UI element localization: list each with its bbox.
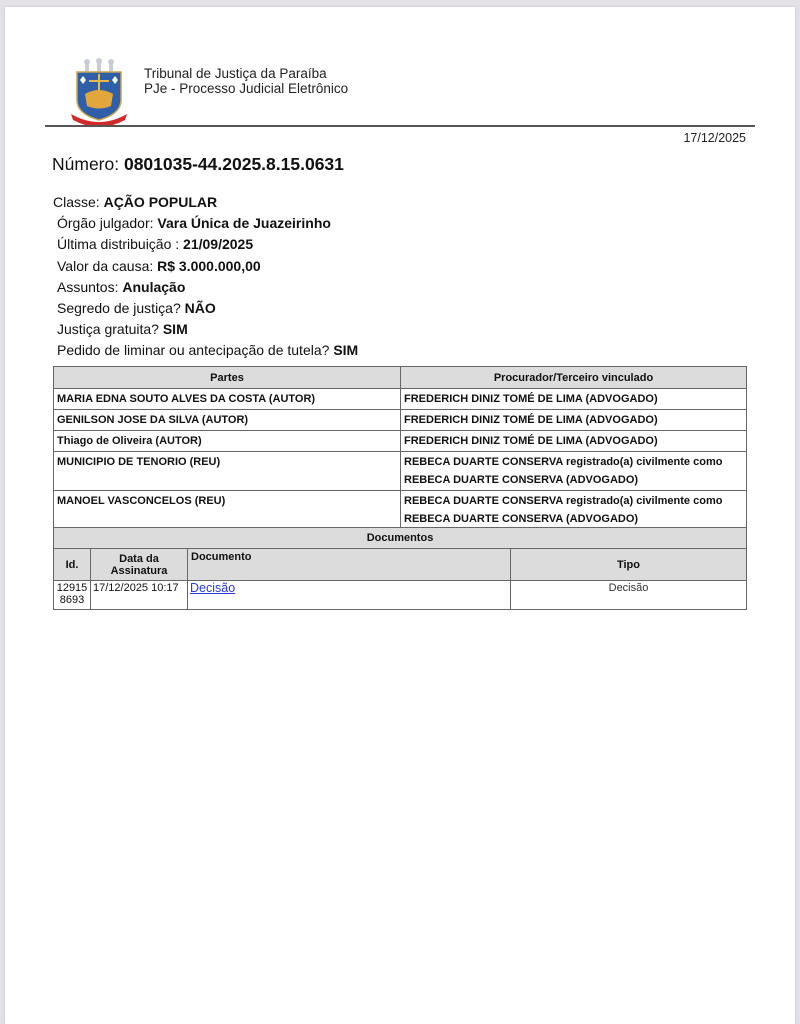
field-assuntos: Assuntos: Anulação	[57, 277, 358, 298]
process-fields: Classe: AÇÃO POPULAR Órgão julgador: Var…	[54, 192, 358, 362]
field-valor-causa: Valor da causa: R$ 3.000.000,00	[57, 256, 358, 277]
field-orgao-julgador: Órgão julgador: Vara Única de Juazeirinh…	[57, 213, 358, 234]
doc-documento: Decisão	[188, 581, 511, 610]
doc-id: 129158693	[54, 581, 91, 610]
court-name: Tribunal de Justiça da Paraíba	[144, 66, 348, 81]
process-number-value: 0801035-44.2025.8.15.0631	[124, 154, 344, 174]
table-row: Thiago de Oliveira (AUTOR)FREDERICH DINI…	[54, 431, 747, 452]
id-header: Id.	[54, 549, 91, 581]
procurador-header: Procurador/Terceiro vinculado	[401, 367, 747, 389]
partes-table: Partes Procurador/Terceiro vinculado MAR…	[53, 366, 747, 530]
field-segredo-justica: Segredo de justiça? NÃO	[57, 298, 358, 319]
system-name: PJe - Processo Judicial Eletrônico	[144, 81, 348, 96]
partes-header: Partes	[54, 367, 401, 389]
doc-data-assinatura: 17/12/2025 10:17	[91, 581, 188, 610]
process-number: Número: 0801035-44.2025.8.15.0631	[52, 154, 344, 175]
field-justica-gratuita: Justiça gratuita? SIM	[57, 319, 358, 340]
tipo-header: Tipo	[511, 549, 747, 581]
table-row: MUNICIPIO DE TENORIO (REU)REBECA DUARTE …	[54, 452, 747, 491]
header-divider	[45, 125, 755, 127]
table-row: MARIA EDNA SOUTO ALVES DA COSTA (AUTOR)F…	[54, 389, 747, 410]
field-classe: Classe: AÇÃO POPULAR	[53, 192, 358, 213]
decisao-document-link[interactable]: Decisão	[190, 581, 235, 595]
documentos-table: Documentos Id. Data da Assinatura Docume…	[53, 527, 747, 610]
doc-tipo: Decisão	[511, 581, 747, 610]
print-date: 17/12/2025	[683, 131, 746, 145]
court-coat-of-arms-icon	[69, 56, 129, 130]
court-header: Tribunal de Justiça da Paraíba PJe - Pro…	[144, 66, 348, 96]
documento-header: Documento	[188, 549, 511, 581]
documentos-title: Documentos	[54, 528, 747, 549]
table-row: MANOEL VASCONCELOS (REU)REBECA DUARTE CO…	[54, 491, 747, 530]
data-assinatura-header: Data da Assinatura	[91, 549, 188, 581]
field-pedido-liminar: Pedido de liminar ou antecipação de tute…	[57, 340, 358, 361]
table-row: GENILSON JOSE DA SILVA (AUTOR)FREDERICH …	[54, 410, 747, 431]
field-ultima-distribuicao: Última distribuição : 21/09/2025	[57, 234, 358, 255]
table-row: 129158693 17/12/2025 10:17 Decisão Decis…	[54, 581, 747, 610]
